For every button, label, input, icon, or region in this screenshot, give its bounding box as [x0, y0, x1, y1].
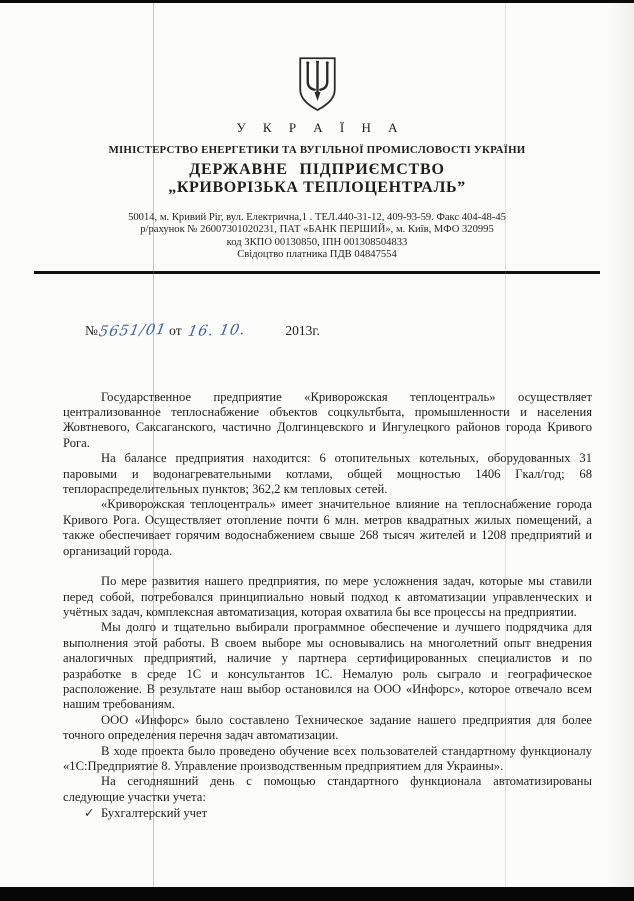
paragraph: «Криворожская теплоцентраль» имеет значи… [63, 497, 592, 559]
country-name: У К Р А Ї Н А [0, 120, 634, 136]
address-line: 50014, м. Кривий Ріг, вул. Електрична,1 … [0, 212, 634, 224]
scanned-letter-page: У К Р А Ї Н А МІНІСТЕРСТВО ЕНЕРГЕТИКИ ТА… [0, 0, 634, 901]
ref-date-handwritten: 16. 10. [186, 322, 247, 340]
ministry-name: МІНІСТЕРСТВО ЕНЕРГЕТИКИ ТА ВУГІЛЬНОЇ ПРО… [0, 144, 634, 156]
enterprise-type: ДЕРЖАВНЕ ПІДПРИЄМСТВО [0, 161, 634, 179]
letter-body: Государственное предприятие «Криворожска… [63, 390, 592, 822]
letterhead: У К Р А Ї Н А МІНІСТЕРСТВО ЕНЕРГЕТИКИ ТА… [0, 0, 634, 262]
ukraine-trident-emblem-icon [0, 56, 634, 113]
scan-shading-right [606, 0, 634, 901]
address-line: Свідоцтво платника ПДВ 04847554 [0, 249, 634, 261]
address-line: код ЗКПО 00130850, ІПН 001308504833 [0, 237, 634, 249]
fold-line-right [505, 3, 506, 887]
list-item: ✓Бухгалтерский учет [84, 806, 592, 821]
letterhead-divider [34, 271, 600, 274]
paragraph: Мы долго и тщательно выбирали программно… [63, 620, 592, 712]
paragraph: ООО «Инфорс» было составлено Техническое… [63, 713, 592, 744]
paragraph: На сегодняшний день с помощью стандартно… [63, 774, 592, 805]
ref-number-sign: № [85, 323, 98, 338]
paragraph: По мере развития нашего предприятия, по … [63, 574, 592, 620]
paragraph: Государственное предприятие «Криворожска… [63, 390, 592, 452]
checkmark-icon: ✓ [84, 806, 101, 821]
reference-line: №5651/01от16. 10.2013г. [85, 323, 634, 339]
paragraph: На балансе предприятия находится: 6 отоп… [63, 451, 592, 497]
enterprise-name: „КРИВОРІЗЬКА ТЕПЛОЦЕНТРАЛЬ” [0, 179, 634, 197]
address-block: 50014, м. Кривий Ріг, вул. Електрична,1 … [0, 212, 634, 262]
ref-from-label: от [169, 323, 181, 338]
paragraph: В ходе проекта было проведено обучение в… [63, 744, 592, 775]
check-item-label: Бухгалтерский учет [101, 806, 207, 820]
fold-line-left [153, 3, 154, 887]
scan-artifact-top-bar [0, 0, 634, 3]
scan-artifact-bottom-bar [0, 887, 634, 901]
ref-outgoing-number-handwritten: 5651/01 [97, 321, 167, 339]
address-line: р/рахунок № 26007301020231, ПАТ «БАНК ПЕ… [0, 224, 634, 236]
ref-year: 2013г. [285, 323, 319, 338]
